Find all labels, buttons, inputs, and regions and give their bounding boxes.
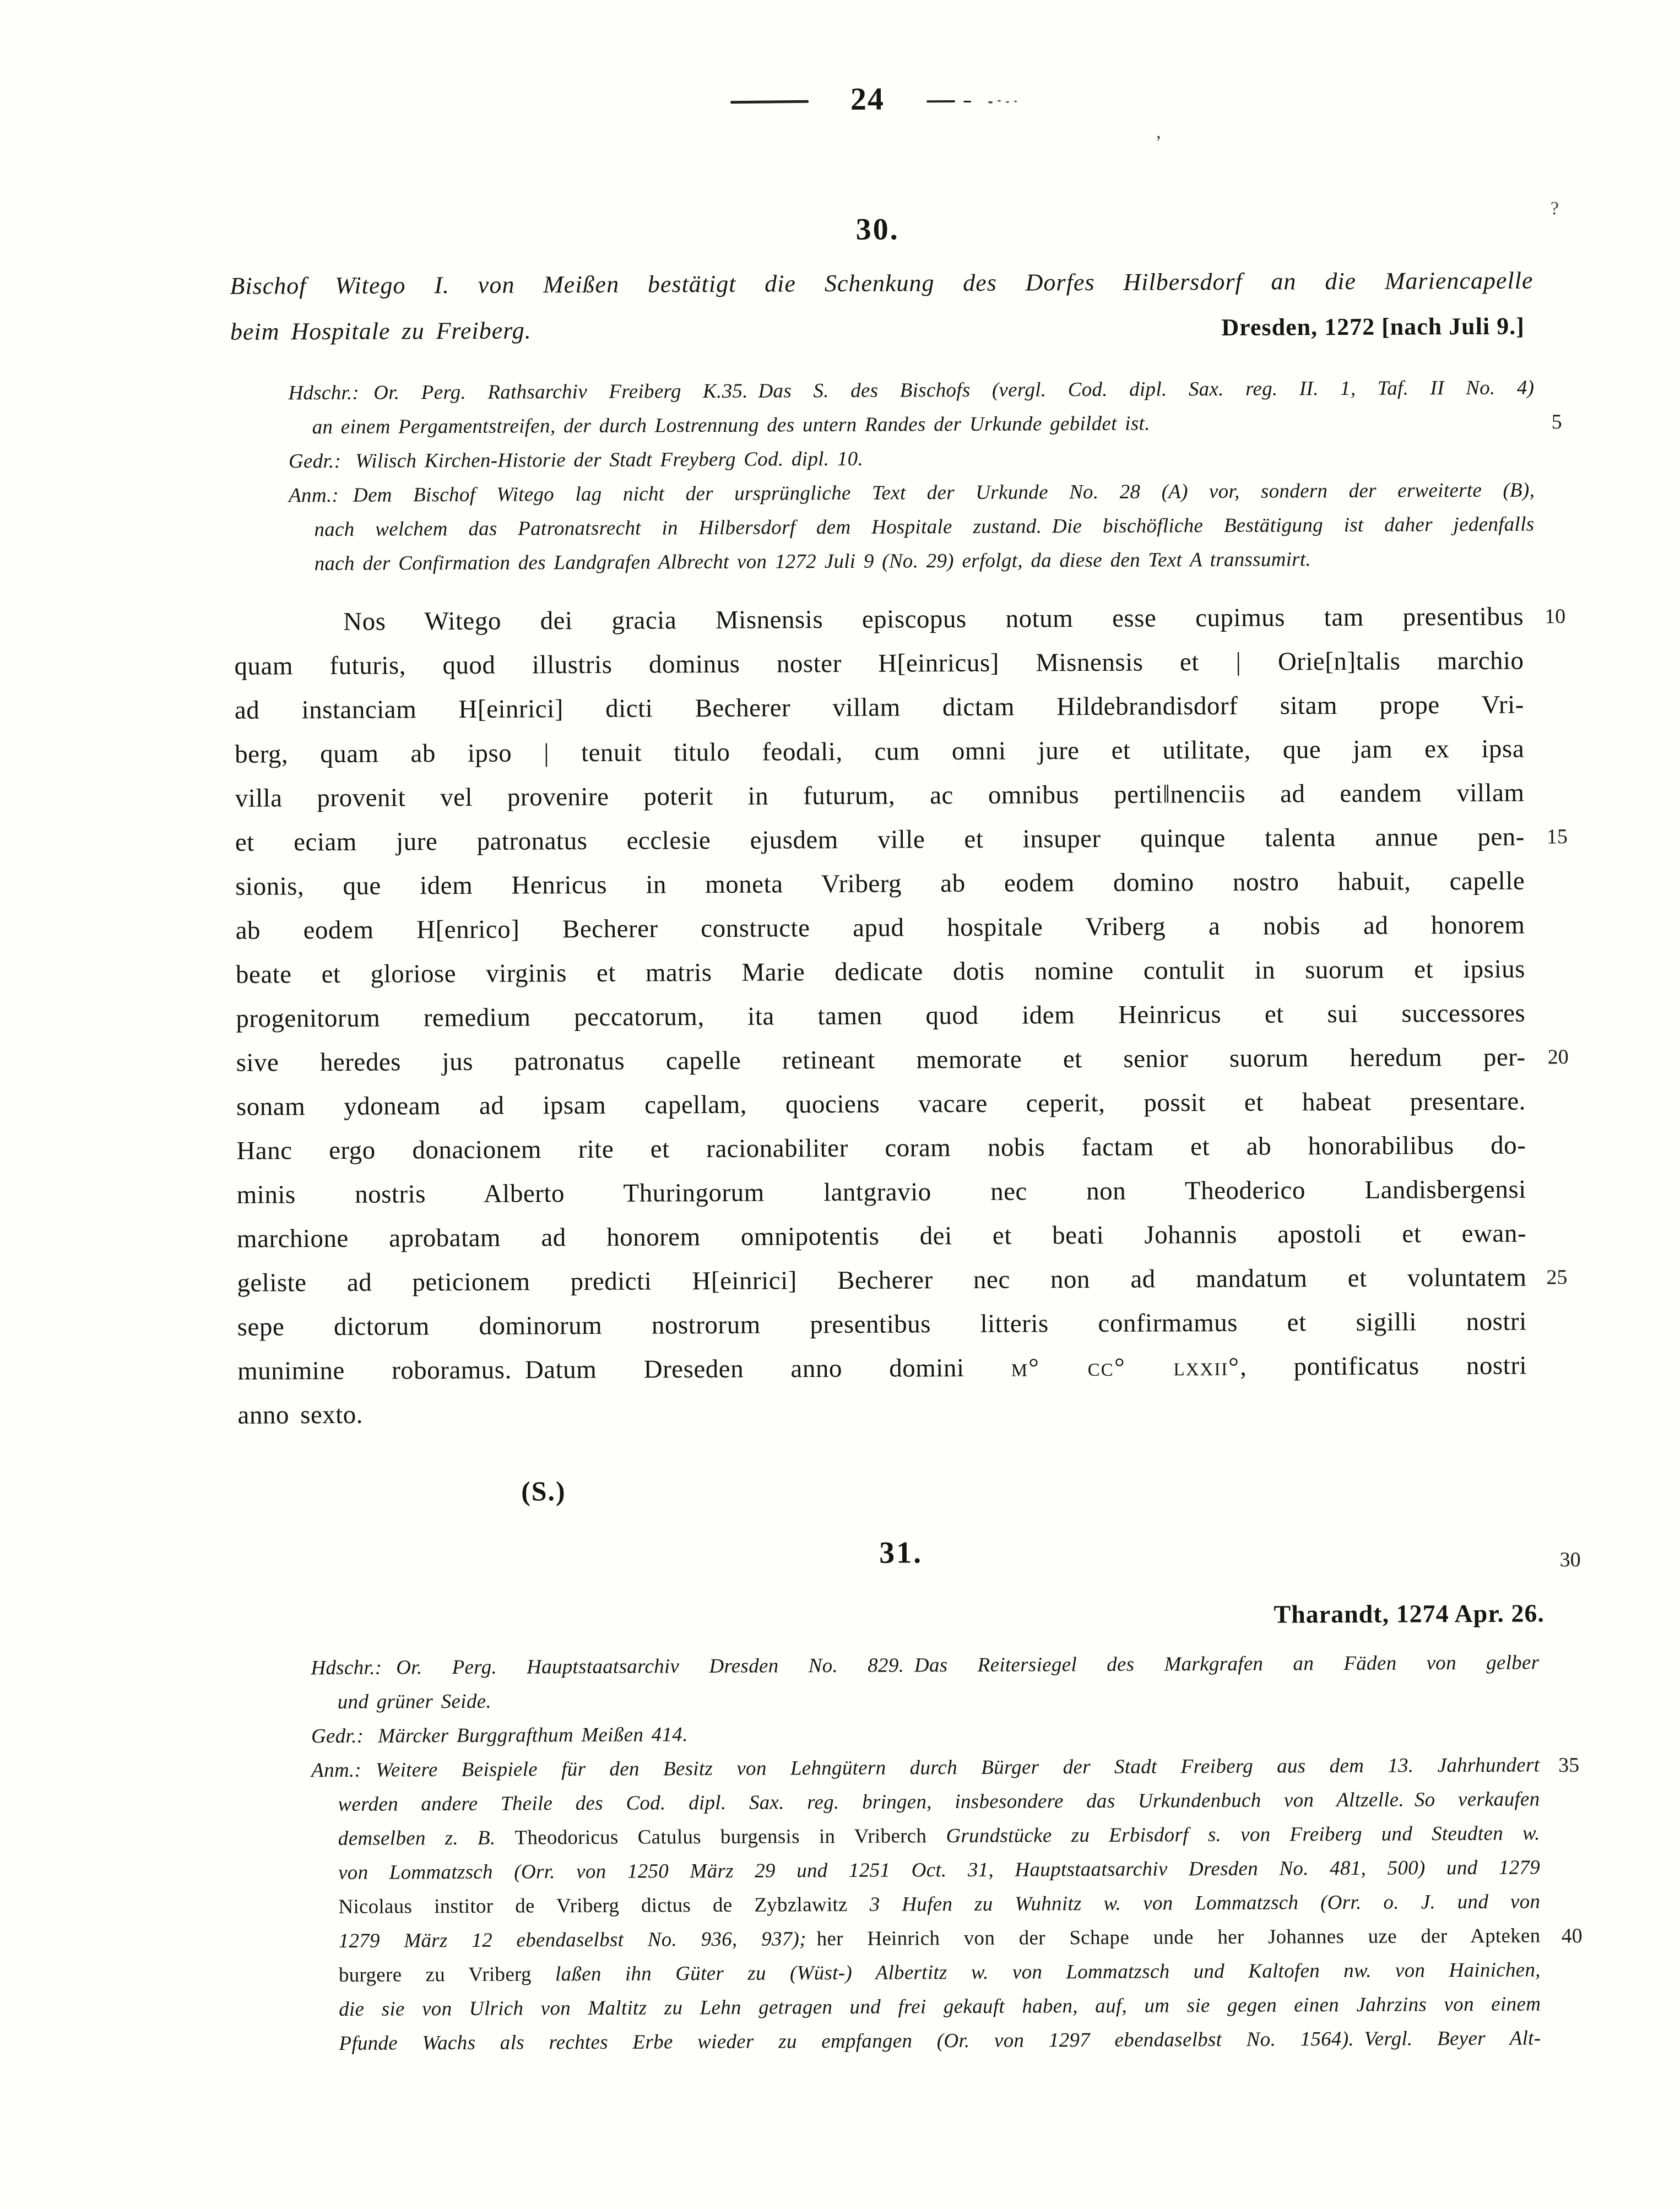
charter-line: quam futuris, quod illustris dominus nos… bbox=[234, 639, 1524, 688]
entry-30-anm-line1: Anm.:Dem Bischof Witego lag nicht der ur… bbox=[289, 477, 1535, 509]
entry-30-gedr-line: Gedr.:Wilisch Kirchen-Historie der Stadt… bbox=[289, 446, 863, 475]
margin-line-number-40: 40 bbox=[1562, 1924, 1583, 1948]
charter-line: villa provenit vel provenire poterit in … bbox=[235, 771, 1524, 821]
entry-30-regest-continuation: beim Hospitale zu Freiberg. bbox=[230, 316, 532, 346]
entry-30-hdschr-line2: an einem Pergamentstreifen, der durch Lo… bbox=[312, 411, 1150, 441]
charter-line: minis nostris Alberto Thuringorum lantgr… bbox=[237, 1168, 1526, 1217]
page-number: 24 bbox=[850, 81, 885, 117]
header-rule-right bbox=[926, 100, 955, 102]
charter-line: sonam ydoneam ad ipsam capellam, quocien… bbox=[236, 1079, 1526, 1129]
gedr-label: Gedr.: bbox=[311, 1725, 364, 1747]
margin-line-number-20: 20 bbox=[1548, 1045, 1569, 1069]
entry-31-anm-line3: demselben z. B. Theodoricus Catulus burg… bbox=[338, 1820, 1540, 1852]
hdschr-text: Or. Perg. Rathsarchiv Freiberg K.35. Das… bbox=[373, 376, 1534, 404]
charter-line: anno sexto. bbox=[237, 1388, 1527, 1437]
header-dot bbox=[1014, 101, 1017, 102]
margin-line-number-25: 25 bbox=[1546, 1265, 1567, 1289]
charter-line: Nos Witego dei gracia Misnensis episcopu… bbox=[234, 595, 1524, 644]
charter-line: progenitorum remedium peccatorum, ita ta… bbox=[236, 991, 1525, 1041]
stray-mark-apostrophe: ’ bbox=[1155, 133, 1161, 152]
book-page: 24 ’ ? 30. Bischof Witego I. von Meißen … bbox=[0, 0, 1680, 2209]
margin-line-number-35: 35 bbox=[1558, 1753, 1579, 1777]
entry-30-regest-line1: Bischof Witego I. von Meißen bestätigt d… bbox=[230, 266, 1533, 300]
charter-line: ad instanciam H[einrici] dicti Becherer … bbox=[235, 683, 1524, 732]
entry-31-anm-line7: burgere zu Vriberg laßen ihn Güter zu (W… bbox=[339, 1957, 1541, 1989]
gedr-label: Gedr.: bbox=[289, 450, 341, 473]
margin-line-number-30: 30 bbox=[1560, 1548, 1581, 1572]
entry-31-date: Tharandt, 1274 Apr. 26. bbox=[994, 1598, 1544, 1630]
charter-line: marchione aprobatam ad honorem omnipoten… bbox=[237, 1212, 1526, 1261]
margin-line-number-15: 15 bbox=[1547, 824, 1568, 849]
entry-31-number: 31. bbox=[879, 1537, 923, 1568]
gedr-text: Wilisch Kirchen-Historie der Stadt Freyb… bbox=[355, 448, 863, 473]
entry-31-anm-line9: Pfunde Wachs als rechtes Erbe wieder zu … bbox=[339, 2025, 1541, 2057]
header-rule-left bbox=[730, 100, 809, 104]
entry-30-anm-line2: nach welchem das Patronatsrecht in Hilbe… bbox=[314, 511, 1534, 543]
stray-mark-question: ? bbox=[1551, 199, 1559, 218]
entry-30-regest-line2: beim Hospitale zu Freiberg. Dresden, 127… bbox=[230, 312, 1525, 346]
charter-text-30: Nos Witego dei gracia Misnensis episcopu… bbox=[234, 595, 1527, 1437]
charter-line: beate et gloriose virginis et matris Mar… bbox=[236, 947, 1525, 997]
charter-line: sionis, que idem Henricus in moneta Vrib… bbox=[235, 859, 1525, 909]
entry-30-hdschr-line1: Hdschr.:Or. Perg. Rathsarchiv Freiberg K… bbox=[288, 375, 1534, 406]
header-dash bbox=[963, 101, 971, 102]
hdschr-label: Hdschr.: bbox=[311, 1657, 382, 1680]
charter-line: Hanc ergo donacionem rite et racionabili… bbox=[236, 1124, 1526, 1173]
header-dot bbox=[998, 100, 1001, 102]
anm-label: Anm.: bbox=[289, 484, 339, 507]
hdschr-text: Or. Perg. Hauptstaatsarchiv Dresden No. … bbox=[396, 1651, 1539, 1679]
entry-30-number: 30. bbox=[855, 214, 899, 246]
entry-31-anm-line2: werden andere Theile des Cod. dipl. Sax.… bbox=[338, 1786, 1540, 1818]
gedr-text: Märcker Burggrafthum Meißen 414. bbox=[378, 1723, 688, 1747]
margin-line-number-5: 5 bbox=[1552, 410, 1562, 434]
header-dot bbox=[988, 101, 993, 104]
charter-line: munimine roboramus. Datum Dreseden anno … bbox=[237, 1344, 1527, 1393]
entry-30-anm-line3: nach der Confirmation des Landgrafen Alb… bbox=[315, 546, 1312, 577]
margin-line-number-10: 10 bbox=[1544, 604, 1565, 628]
anm-label: Anm.: bbox=[311, 1759, 361, 1782]
entry-31-gedr-line: Gedr.:Märcker Burggrafthum Meißen 414. bbox=[311, 1722, 688, 1750]
entry-31-hdschr-line2: und grüner Seide. bbox=[338, 1689, 491, 1716]
charter-line: sepe dictorum dominorum nostrorum presen… bbox=[237, 1300, 1527, 1349]
charter-line: berg, quam ab ipso | tenuit titulo feoda… bbox=[235, 727, 1524, 777]
entry-31-hdschr-line1: Hdschr.:Or. Perg. Hauptstaatsarchiv Dres… bbox=[311, 1649, 1539, 1681]
charter-line: sive heredes jus patronatus capelle reti… bbox=[236, 1035, 1525, 1085]
entry-31-anm-line4: von Lommatzsch (Orr. von 1250 März 29 un… bbox=[338, 1854, 1540, 1886]
anm-text: Dem Bischof Witego lag nicht der ursprün… bbox=[353, 479, 1535, 506]
charter-line: et eciam jure patronatus ecclesie ejusde… bbox=[235, 815, 1525, 865]
hdschr-label: Hdschr.: bbox=[288, 382, 359, 405]
header-dot bbox=[1006, 101, 1009, 103]
entry-30-date: Dresden, 1272 [nach Juli 9.] bbox=[1221, 312, 1525, 342]
entry-31-anm-line1: Anm.:Weitere Beispiele für den Besitz vo… bbox=[311, 1752, 1540, 1784]
anm-text: Weitere Beispiele für den Besitz von Leh… bbox=[376, 1754, 1540, 1781]
entry-31-anm-line8: die sie von Ulrich von Maltitz zu Lehn g… bbox=[339, 1991, 1541, 2023]
page-content: 24 ’ ? 30. Bischof Witego I. von Meißen … bbox=[0, 0, 1680, 2209]
seal-mark: (S.) bbox=[521, 1475, 566, 1506]
charter-line: geliste ad peticionem predicti H[einrici… bbox=[237, 1256, 1526, 1305]
charter-line: ab eodem H[enrico] Becherer constructe a… bbox=[235, 903, 1525, 953]
entry-31-anm-line6: 1279 März 12 ebendaselbst No. 936, 937);… bbox=[339, 1923, 1541, 1955]
entry-31-anm-line5: Nicolaus institor de Vriberg dictus de Z… bbox=[338, 1888, 1540, 1920]
